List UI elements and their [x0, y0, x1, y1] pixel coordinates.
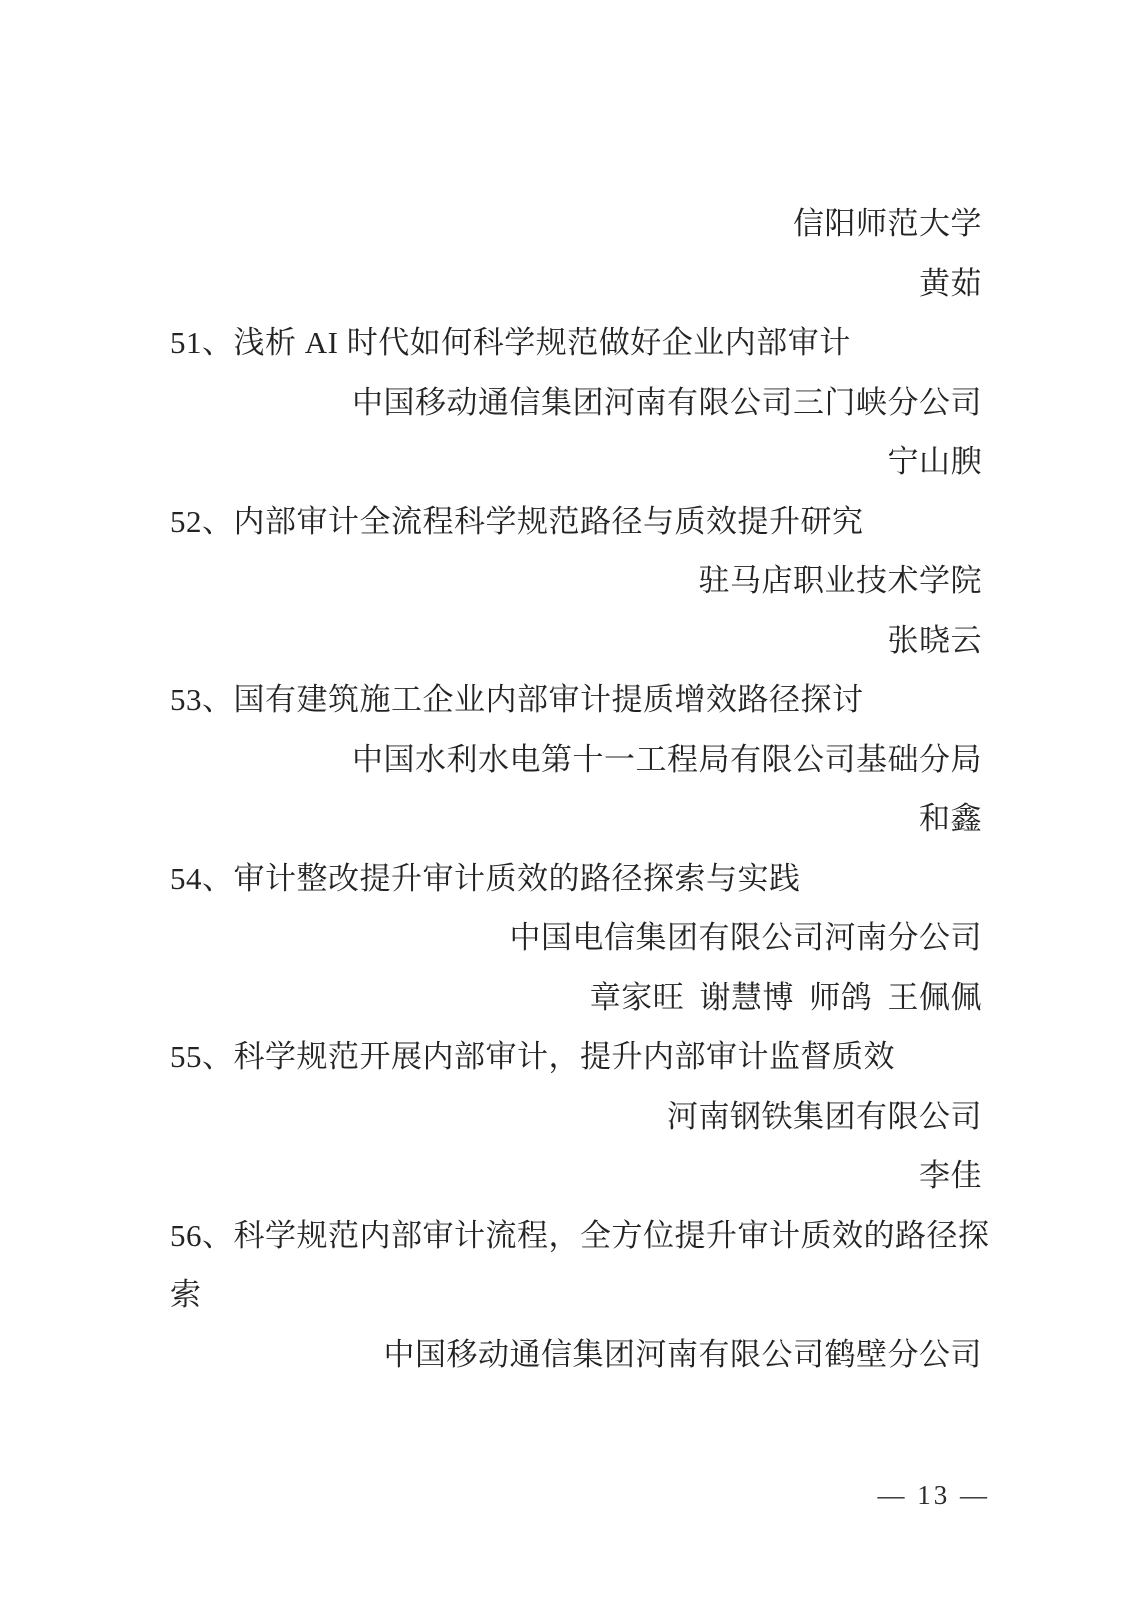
entry-52-org: 驻马店职业技术学院 — [170, 551, 982, 611]
entry-55-authors: 李佳 — [170, 1146, 982, 1206]
entry-52-title-line: 52、内部审计全流程科学规范路径与质效提升研究 — [170, 492, 982, 552]
entry-55-title: 科学规范开展内部审计，提升内部审计监督质效 — [234, 1039, 896, 1074]
document-body: 信阳师范大学 黄茹 51、浅析 AI 时代如何科学规范做好企业内部审计 中国移动… — [170, 194, 982, 1384]
entry-51-authors: 宁山腴 — [170, 432, 982, 492]
entry-51-title: 浅析 AI 时代如何科学规范做好企业内部审计 — [234, 325, 851, 360]
entry-56-number: 56、 — [170, 1218, 234, 1253]
entry-56-title-part-1: 科学规范内部审计流程，全方位提升审计质效的路径探 — [234, 1218, 990, 1253]
entry-53-authors: 和鑫 — [170, 789, 982, 849]
entry-53-org: 中国水利水电第十一工程局有限公司基础分局 — [170, 730, 982, 790]
entry-54-number: 54、 — [170, 861, 234, 896]
carryover-author: 黄茹 — [170, 254, 982, 314]
entry-52-title: 内部审计全流程科学规范路径与质效提升研究 — [234, 504, 864, 539]
entry-56-title-part-2: 索 — [170, 1277, 202, 1312]
entry-55-title-line: 55、科学规范开展内部审计，提升内部审计监督质效 — [170, 1027, 982, 1087]
entry-56-org: 中国移动通信集团河南有限公司鹤壁分公司 — [170, 1325, 982, 1385]
entry-51-org: 中国移动通信集团河南有限公司三门峡分公司 — [170, 373, 982, 433]
entry-53-number: 53、 — [170, 682, 234, 717]
entry-54-title: 审计整改提升审计质效的路径探索与实践 — [234, 861, 801, 896]
entry-54-authors: 章家旺 谢慧博 师鸽 王佩佩 — [170, 968, 982, 1028]
entry-56-title-line-2: 索 — [170, 1265, 982, 1325]
entry-56-title-line-1: 56、科学规范内部审计流程，全方位提升审计质效的路径探 — [170, 1206, 982, 1266]
carryover-org: 信阳师范大学 — [170, 194, 982, 254]
entry-54-title-line: 54、审计整改提升审计质效的路径探索与实践 — [170, 849, 982, 909]
entry-55-org: 河南钢铁集团有限公司 — [170, 1087, 982, 1147]
entry-51-title-line: 51、浅析 AI 时代如何科学规范做好企业内部审计 — [170, 313, 982, 373]
entry-51-number: 51、 — [170, 325, 234, 360]
entry-54-org: 中国电信集团有限公司河南分公司 — [170, 908, 982, 968]
entry-53-title-line: 53、国有建筑施工企业内部审计提质增效路径探讨 — [170, 670, 982, 730]
entry-55-number: 55、 — [170, 1039, 234, 1074]
entry-53-title: 国有建筑施工企业内部审计提质增效路径探讨 — [234, 682, 864, 717]
entry-52-authors: 张晓云 — [170, 611, 982, 671]
page-number: — 13 — — [878, 1478, 991, 1512]
entry-52-number: 52、 — [170, 504, 234, 539]
document-page: 信阳师范大学 黄茹 51、浅析 AI 时代如何科学规范做好企业内部审计 中国移动… — [0, 0, 1131, 1600]
